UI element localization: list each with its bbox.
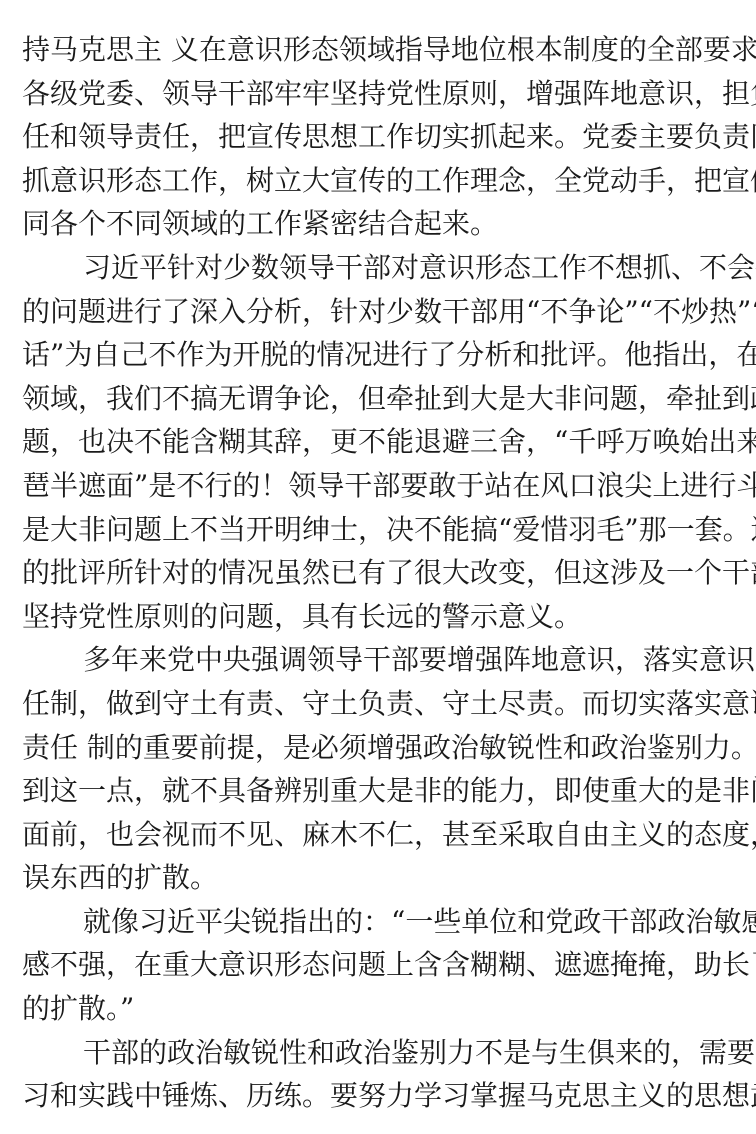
text-line: 同各个不同领域的工作紧密结合起来。 (22, 202, 728, 246)
text-line: 多年来党中央强调领导干部要增强阵地意识，落实意识形态工作责 (22, 638, 728, 682)
text-line: 就像习近平尖锐指出的：“一些单位和党政干部政治敏感性、责任 (22, 900, 728, 944)
text-line: 各级党委、领导干部牢牢坚持党性原则，增强阵地意识，担负起政治责 (22, 72, 728, 116)
paragraph-3: 多年来党中央强调领导干部要增强阵地意识，落实意识形态工作责 任制，做到守土有责、… (22, 638, 728, 900)
text-line: 的扩散。” (22, 987, 728, 1031)
text-line: 面前，也会视而不见、麻木不仁，甚至采取自由主义的态度，助长了错 (22, 813, 728, 857)
document-body: 持马克思主 义在意识形态领域指导地位根本制度的全部要求，关键在 各级党委、领导干… (22, 28, 728, 1118)
paragraph-2: 习近平针对少数领导干部对意识形态工作不想抓、不会抓、不敢抓 的问题进行了深入分析… (22, 246, 728, 638)
paragraph-5: 干部的政治敏锐性和政治鉴别力不是与生俱来的，需要在不断的学 习和实践中锤炼、历练… (22, 1031, 728, 1118)
text-line: 任和领导责任，把宣传思想工作切实抓起来。党委主要负责同志要带头 (22, 115, 728, 159)
text-line: 的批评所针对的情况虽然已有了很大改变，但这涉及一个干部是否真正 (22, 551, 728, 595)
text-line: 习和实践中锤炼、历练。要努力学习掌握马克思主义的思想武器，努力 (22, 1074, 728, 1118)
text-line: 责任 制的重要前提，是必须增强政治敏锐性和政治鉴别力。如果做不 (22, 726, 728, 770)
text-line: 是大非问题上不当开明绅士，决不能搞“爱惜羽毛”那一套。这些尖锐 (22, 508, 728, 552)
text-line: 感不强，在重大意识形态问题上含含糊糊、遮遮掩掩，助长了错误思潮 (22, 943, 728, 987)
paragraph-1: 持马克思主 义在意识形态领域指导地位根本制度的全部要求，关键在 各级党委、领导干… (22, 28, 728, 246)
text-line: 误东西的扩散。 (22, 856, 728, 900)
text-line: 持马克思主 义在意识形态领域指导地位根本制度的全部要求，关键在 (22, 28, 728, 72)
document-page: 持马克思主 义在意识形态领域指导地位根本制度的全部要求，关键在 各级党委、领导干… (0, 0, 756, 1134)
text-line: 坚持党性原则的问题，具有长远的警示意义。 (22, 595, 728, 639)
text-line: 领域，我们不搞无谓争论，但牵扯到大是大非问题，牵扯到政治原则问 (22, 377, 728, 421)
text-line: 话”为自己不作为开脱的情况进行了分析和批评。他指出，在宣传思想 (22, 333, 728, 377)
text-line: 干部的政治敏锐性和政治鉴别力不是与生俱来的，需要在不断的学 (22, 1031, 728, 1075)
text-line: 的问题进行了深入分析，针对少数干部用“不争论”“不炒热”“让说 (22, 290, 728, 334)
text-line: 琶半遮面”是不行的！领导干部要敢于站在风口浪尖上进行斗争，在大 (22, 464, 728, 508)
text-line: 任制，做到守土有责、守土负责、守土尽责。而切实落实意识形态工作 (22, 682, 728, 726)
paragraph-4: 就像习近平尖锐指出的：“一些单位和党政干部政治敏感性、责任 感不强，在重大意识形… (22, 900, 728, 1031)
text-line: 抓意识形态工作，树立大宣传的工作理念，全党动手，把宣传思想工作 (22, 159, 728, 203)
text-line: 题，也决不能含糊其辞，更不能退避三舍，“千呼万唤始出来，犹抱琵 (22, 420, 728, 464)
text-line: 到这一点，就不具备辨别重大是非的能力，即使重大的是非问题提到了 (22, 769, 728, 813)
text-line: 习近平针对少数领导干部对意识形态工作不想抓、不会抓、不敢抓 (22, 246, 728, 290)
